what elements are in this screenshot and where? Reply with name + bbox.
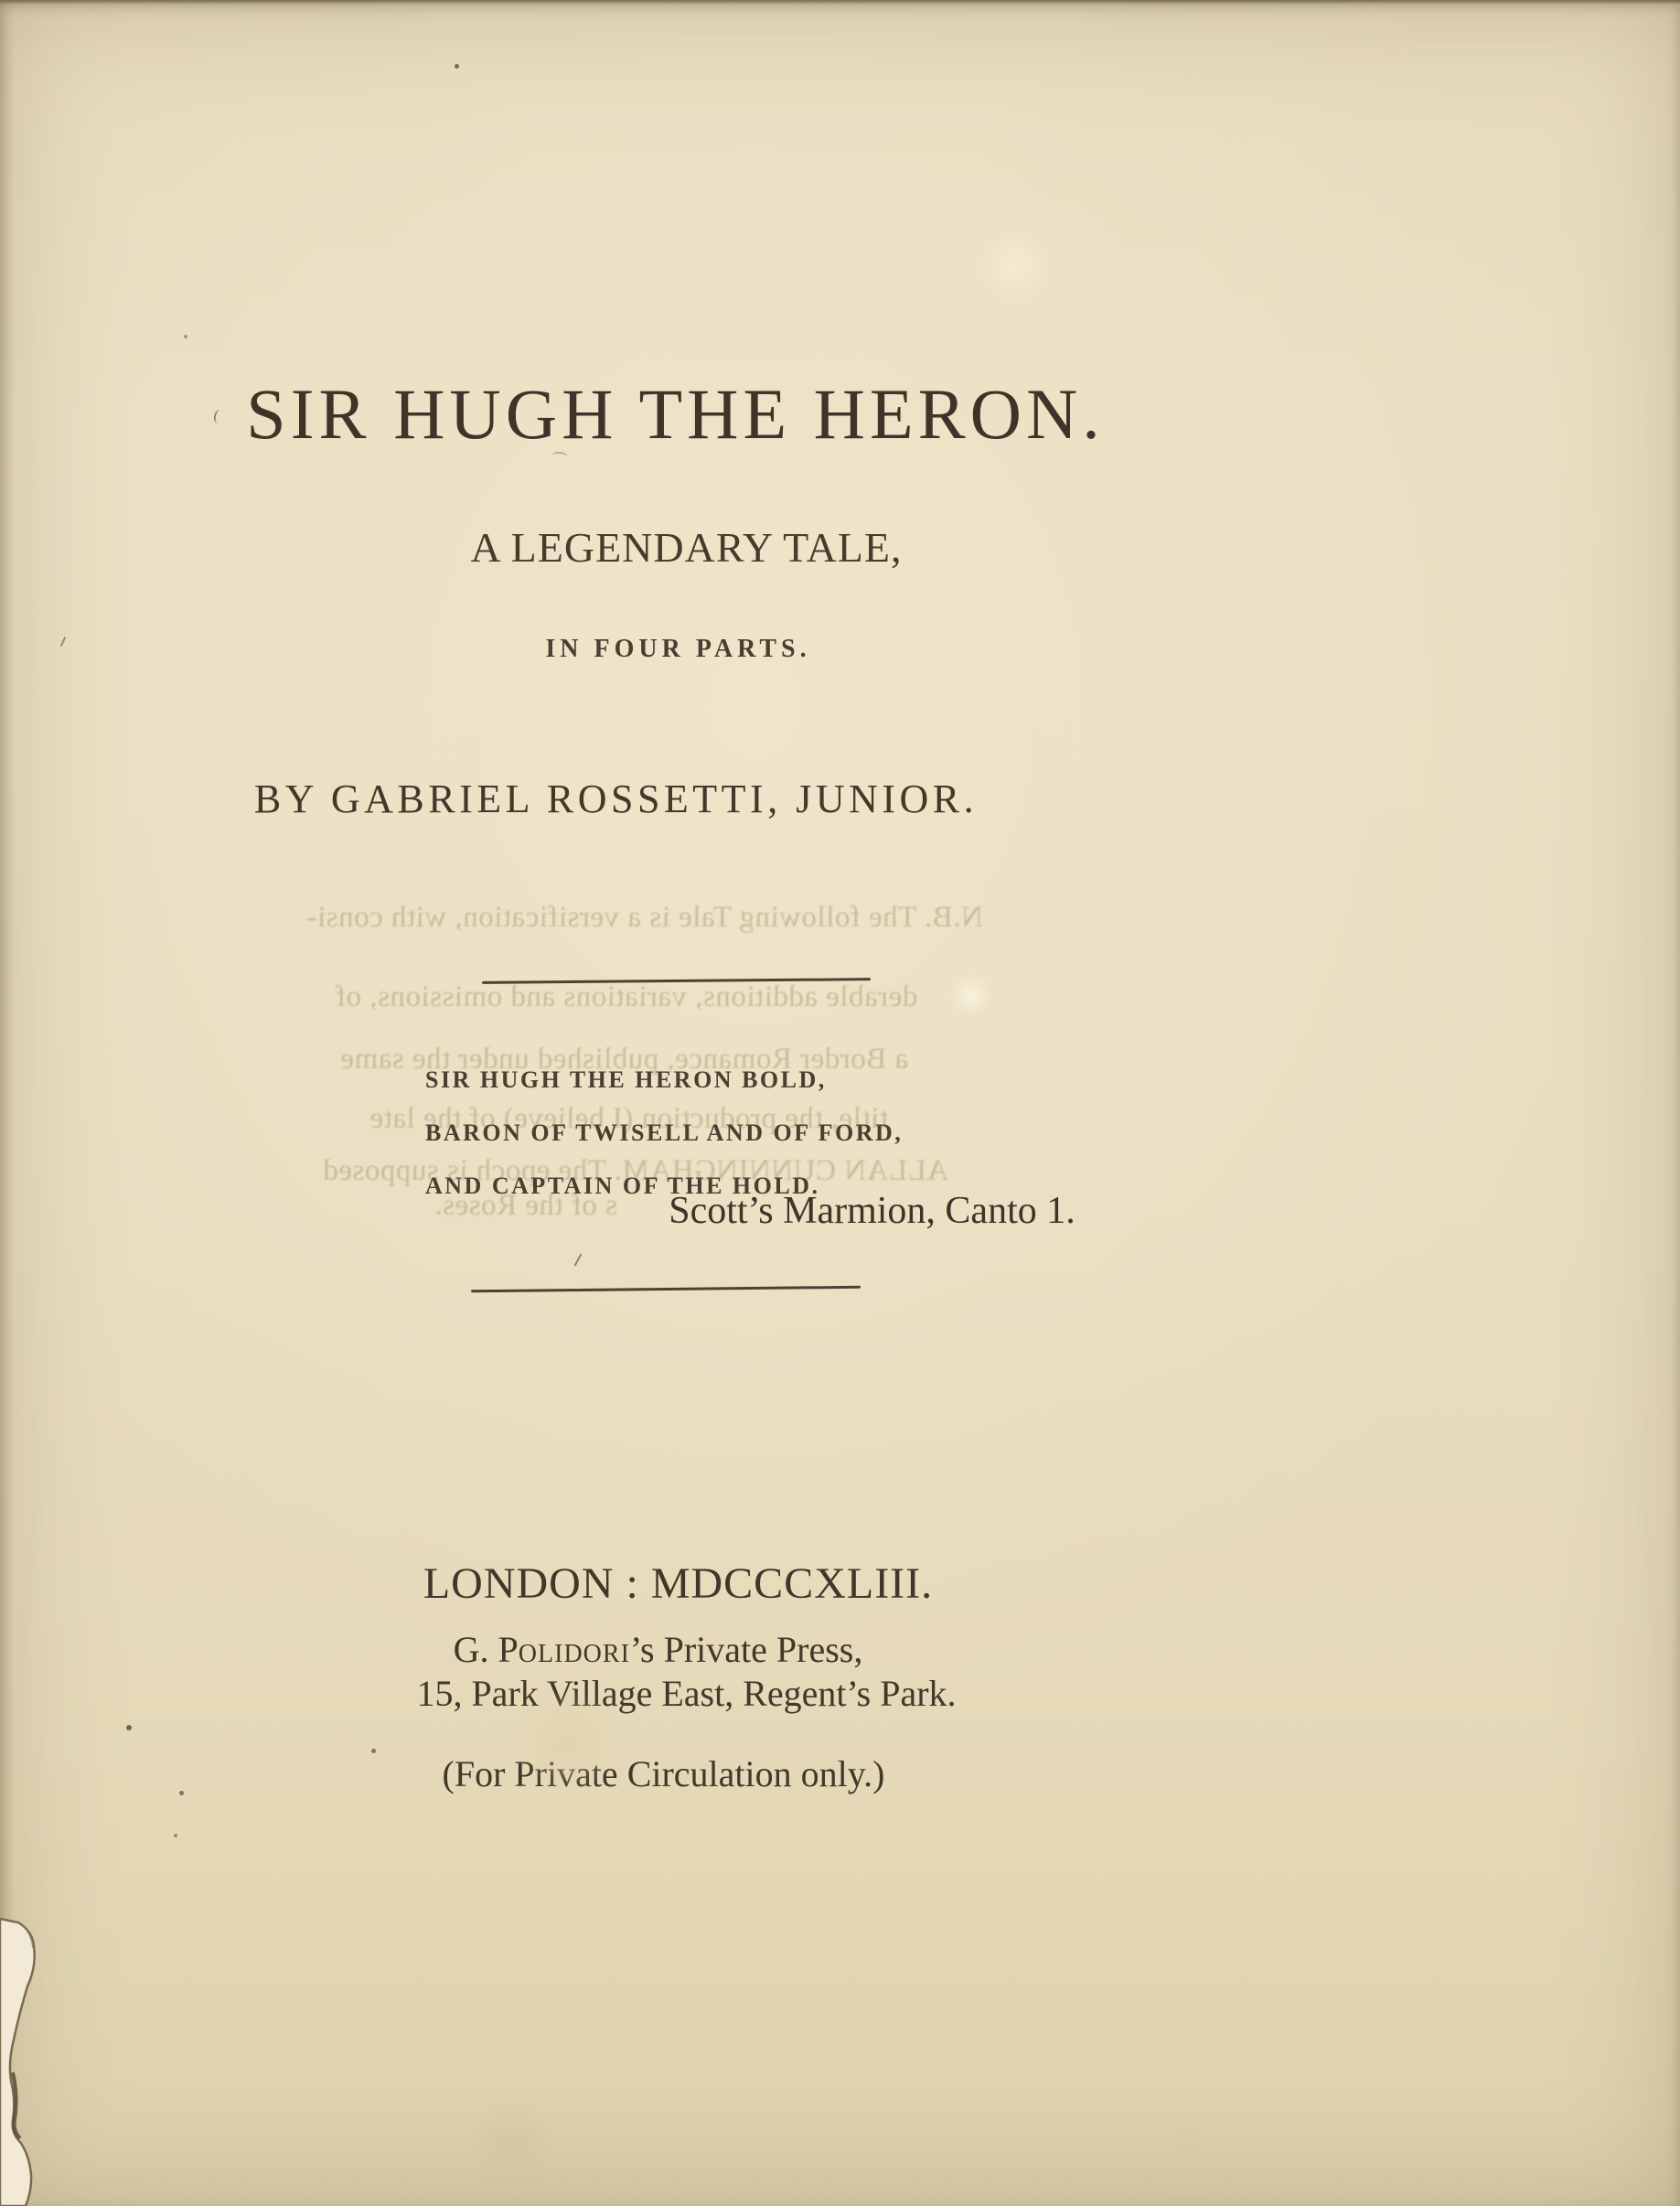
imprint-press-pre: G. P [454, 1629, 519, 1670]
byline: BY GABRIEL ROSSETTI, JUNIOR. [0, 776, 1456, 822]
ink-speck [455, 64, 459, 69]
book-title: SIR HUGH THE HERON. [0, 373, 1515, 455]
stray-mark [574, 1253, 583, 1266]
imprint-circulation: (For Private Circulation only.) [0, 1752, 1503, 1795]
ink-speck [179, 1791, 184, 1795]
imprint-address: 15, Park Village East, Regent’s Park. [0, 1672, 1526, 1715]
imprint-city-year: LONDON : MDCCCXLIII. [0, 1558, 1518, 1609]
epigraph-line: SIR HUGH THE HERON BOLD, [425, 1054, 903, 1107]
paper-stain [949, 973, 993, 1017]
book-subtitle: A LEGENDARY TALE, [0, 523, 1526, 572]
showthrough-line: derable additions, variations and omissi… [302, 980, 951, 1014]
ink-speck [174, 1834, 177, 1837]
showthrough-line: N.B. The following Tale is a versificati… [306, 901, 983, 935]
imprint-press: G. Polidori’s Private Press, [0, 1628, 1498, 1671]
torn-corner [0, 1902, 146, 2206]
parts-line: IN FOUR PARTS. [0, 635, 1518, 664]
imprint-press-smallcaps: olidori [519, 1629, 630, 1670]
page-top-edge-shadow [0, 0, 1680, 5]
paper-stain [462, 2099, 562, 2190]
paper-stain [1148, 2120, 1230, 2198]
epigraph-attribution: Scott’s Marmion, Canto 1. [32, 1189, 1680, 1233]
divider-rule-bottom [471, 1286, 861, 1292]
paper-stain [971, 221, 1059, 309]
epigraph-line: BARON OF TWISELL AND OF FORD, [425, 1107, 903, 1160]
page-left-edge-shadow [0, 0, 15, 2206]
ink-speck [371, 1749, 376, 1753]
imprint-press-post: ’s Private Press, [630, 1629, 862, 1670]
ink-speck [126, 1725, 132, 1730]
scanned-title-page: N.B. The following Tale is a versificati… [0, 0, 1680, 2206]
ink-speck [184, 335, 187, 338]
